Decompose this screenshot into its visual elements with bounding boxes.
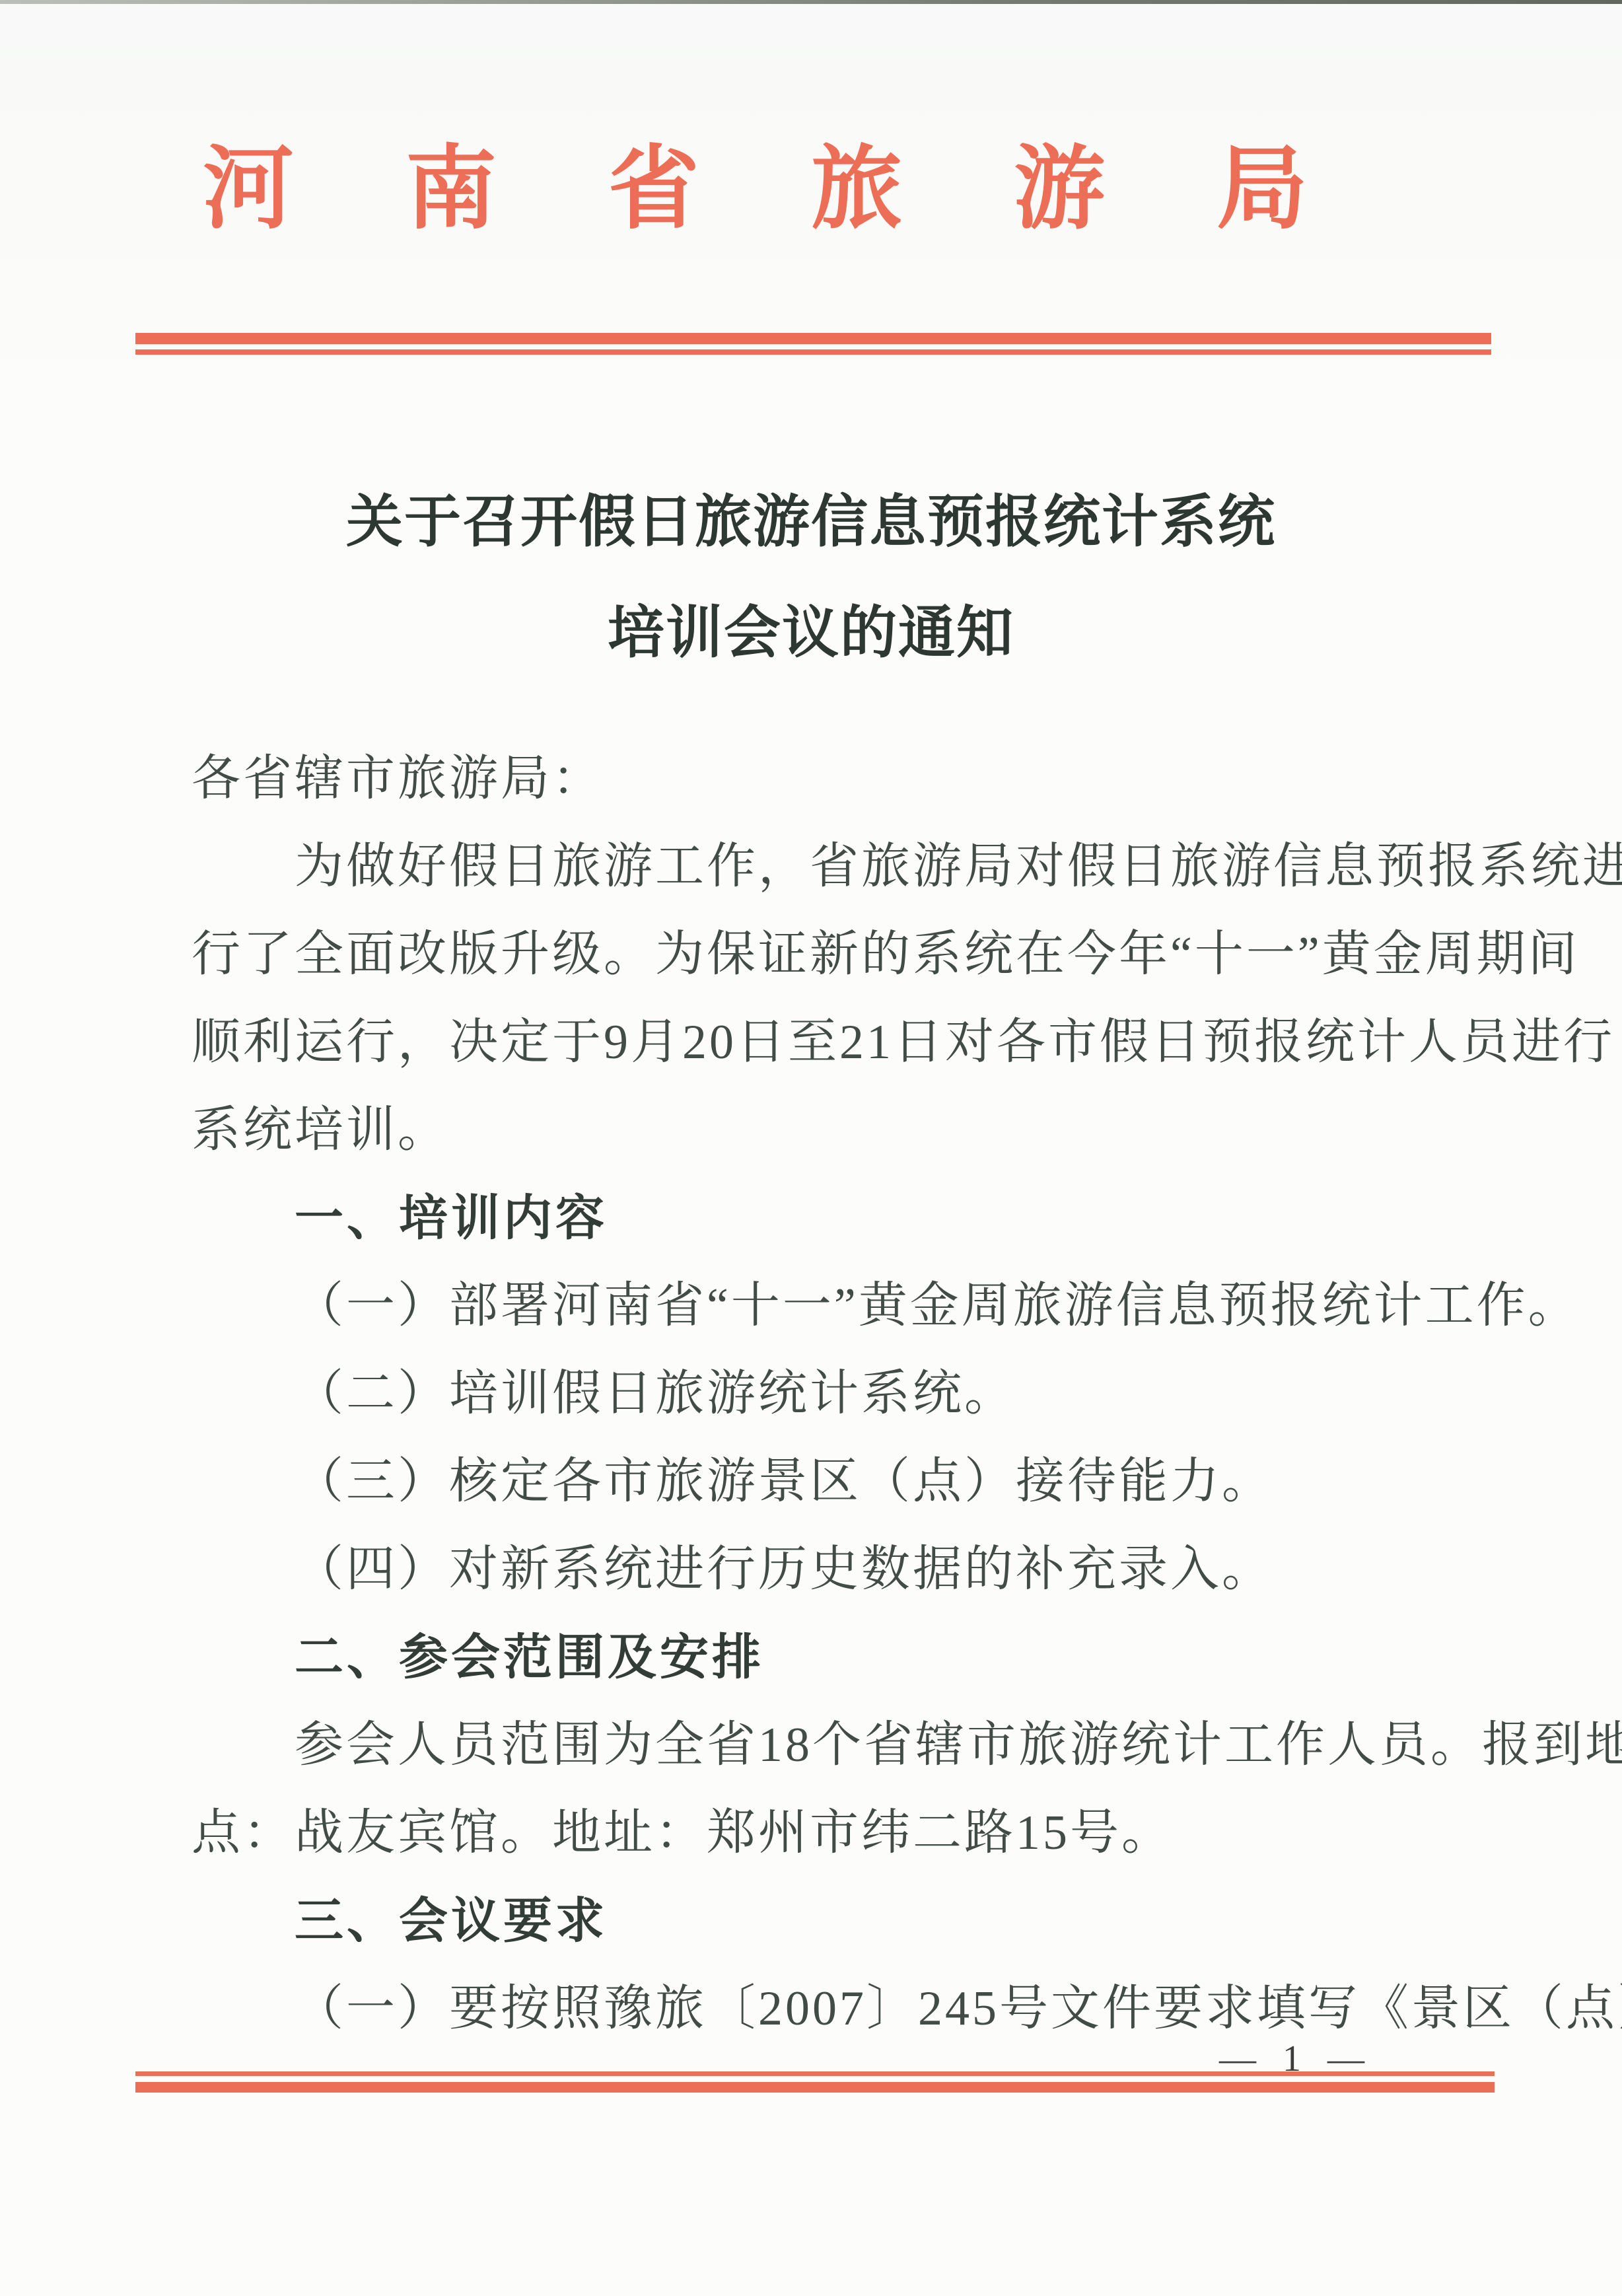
document-title-line2: 培训会议的通知: [0, 577, 1622, 688]
document-line: （三）核定各市旅游景区（点）接待能力。: [192, 1438, 1446, 1526]
document-line: （一）部署河南省“十一”黄金周旅游信息预报统计工作。: [192, 1262, 1446, 1350]
document-line: 系统培训。: [192, 1087, 1446, 1174]
section-heading: 三、会议要求: [192, 1877, 1446, 1965]
document-line: 行了全面改版升级。为保证新的系统在今年“十一”黄金周期间: [192, 911, 1446, 999]
document-line: （二）培训假日旅游统计系统。: [192, 1350, 1446, 1438]
footer-rule-thin: [135, 2071, 1495, 2076]
document-title-line1: 关于召开假日旅游信息预报统计系统: [0, 466, 1622, 577]
document-line: （四）对新系统进行历史数据的补充录入。: [192, 1526, 1446, 1614]
document-line: 为做好假日旅游工作，省旅游局对假日旅游信息预报系统进: [192, 823, 1446, 911]
section-heading: 一、培训内容: [192, 1174, 1446, 1262]
document-body: 各省辖市旅游局：为做好假日旅游工作，省旅游局对假日旅游信息预报系统进行了全面改版…: [192, 735, 1446, 2053]
footer-rule-thick: [135, 2082, 1495, 2093]
document-title: 关于召开假日旅游信息预报统计系统 培训会议的通知: [0, 466, 1622, 688]
letterhead: 河南省旅游局: [0, 140, 1622, 239]
document-line: 点：战友宾馆。地址：郑州市纬二路15号。: [192, 1789, 1446, 1877]
document-line: 各省辖市旅游局：: [192, 735, 1446, 823]
issuing-org-name: 河南省旅游局: [203, 140, 1419, 239]
scanner-edge-artifact: [0, 0, 1622, 4]
document-line: 参会人员范围为全省18个省辖市旅游统计工作人员。报到地: [192, 1702, 1446, 1789]
letterhead-rule-thick: [135, 333, 1491, 344]
letterhead-rule-thin: [135, 349, 1491, 355]
scanned-document-page: 河南省旅游局 关于召开假日旅游信息预报统计系统 培训会议的通知 各省辖市旅游局：…: [0, 0, 1622, 2296]
section-heading: 二、参会范围及安排: [192, 1614, 1446, 1702]
document-line: 顺利运行，决定于9月20日至21日对各市假日预报统计人员进行: [192, 999, 1446, 1087]
